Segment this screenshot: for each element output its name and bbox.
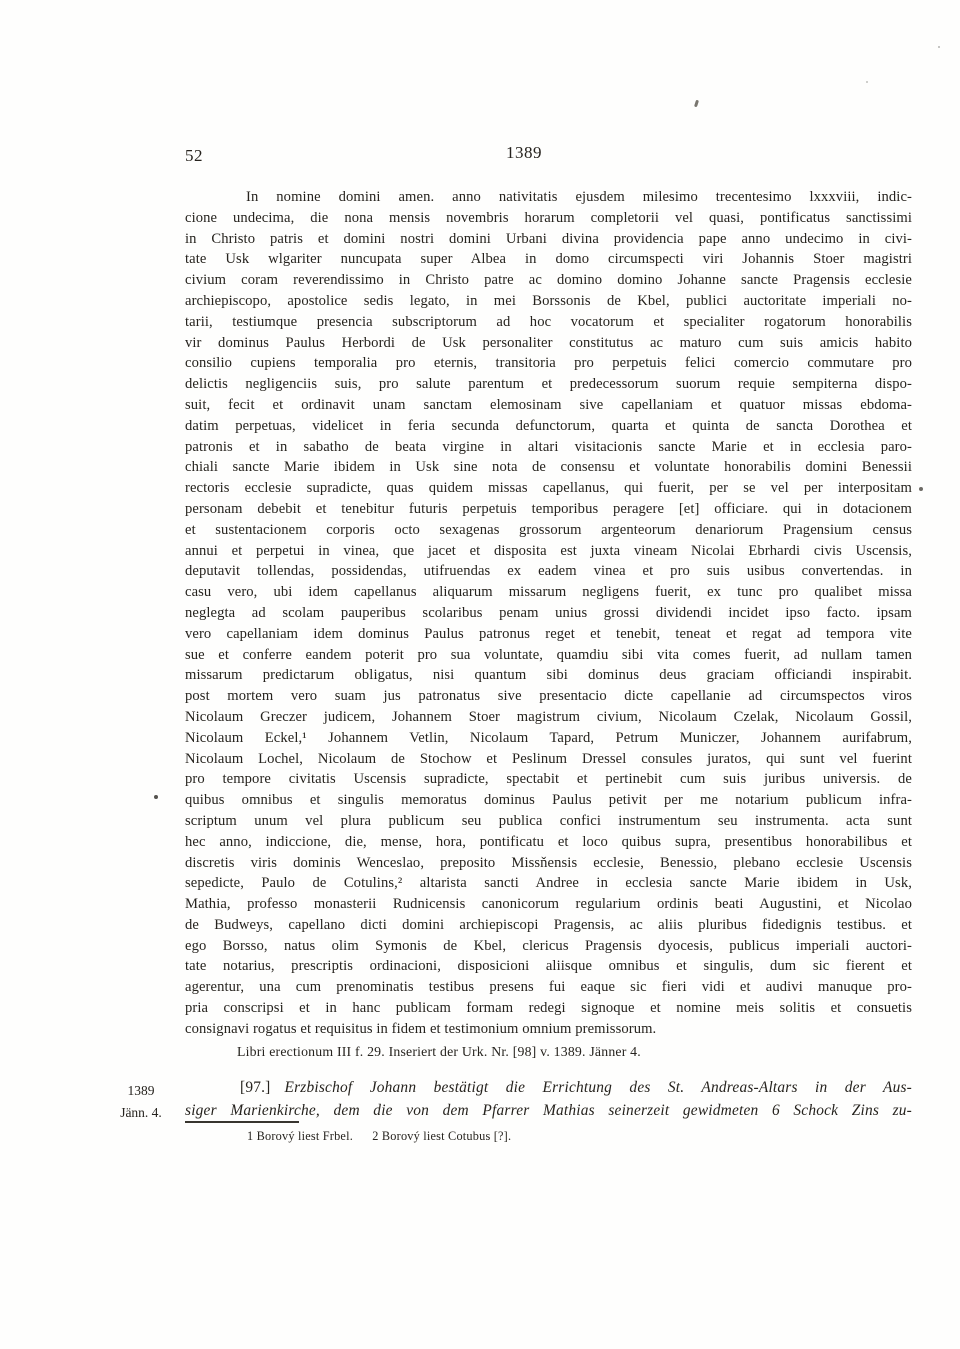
charter-text-line: Nicolaum Lochel, Nicolaum de Stochow et … — [185, 749, 912, 770]
charter-text-line: ego Borsso, natus olim Symonis de Kbel, … — [185, 936, 912, 957]
charter-text-line: missarum predictarum obligatus, nisi qua… — [185, 665, 912, 686]
charter-text-line: sue et conferre eandem poterit pro sua v… — [185, 645, 912, 666]
charter-text-line: delictis negligenciis suis, pro salute p… — [185, 374, 912, 395]
charter-text-line: personam debebit et tenebitur futuris pe… — [185, 499, 912, 520]
charter-text-line: neglegta ad scolam pauperibus scolaribus… — [185, 603, 912, 624]
scan-speck — [938, 46, 940, 48]
charter-text-line: consilio cupiens temporalia pro eternis,… — [185, 353, 912, 374]
charter-text-line: cione undecima, die nona mensis novembri… — [185, 208, 912, 229]
charter-text-line: scriptum unum vel plura publicum seu pub… — [185, 811, 912, 832]
charter-text-line: patronis et in sabatho de beata virgine … — [185, 437, 912, 458]
footnote-1: 1 Borový liest Frbel. — [247, 1129, 353, 1143]
charter-text-line: In nomine domini amen. anno nativitatis … — [185, 187, 912, 208]
charter-text-line: suit, fecit et ordinavit unam sanctam el… — [185, 395, 912, 416]
charter-text-line: consignavi rogatus et requisitus in fide… — [185, 1019, 912, 1040]
scan-speck — [919, 487, 923, 491]
margin-date-note: 1389 Jänn. 4. — [98, 1080, 184, 1123]
charter-text-line: in Christo patris et domini nostri domin… — [185, 229, 912, 250]
margin-day: Jänn. 4. — [98, 1102, 184, 1124]
scan-speck — [154, 795, 158, 799]
charter-text-line: hec anno, indiccione, die, mense, hora, … — [185, 832, 912, 853]
footnote-line: 1 Borový liest Frbel. 2 Borový liest Cot… — [247, 1129, 511, 1144]
running-head-year: 1389 — [506, 143, 542, 163]
page-number: 52 — [185, 146, 203, 166]
scanned-document-page: 52 1389 In nomine domini amen. anno nati… — [0, 0, 960, 1349]
charter-text-line: sepedicte, Paulo de Cotulins,² altarista… — [185, 873, 912, 894]
regest-number: [97.] — [240, 1079, 271, 1096]
charter-text-line: et sustentacionem corporis octo sexagena… — [185, 520, 912, 541]
charter-text-line: chiali sancte Marie ibidem in Usk sine n… — [185, 457, 912, 478]
charter-text-line: casu vero, ubi idem capellanus aliquarum… — [185, 582, 912, 603]
charter-text-line: vero capellaniam idem dominus Paulus pat… — [185, 624, 912, 645]
charter-text-line: pria conscripsi et in hanc publicam form… — [185, 998, 912, 1019]
scan-speck — [694, 100, 699, 108]
charter-text-line: discretis viris dominis Wenceslao, prepo… — [185, 853, 912, 874]
charter-text-line: de Budweys, capellano dicti domini archi… — [185, 915, 912, 936]
source-citation: Libri erectionum III f. 29. Inseriert de… — [237, 1044, 641, 1060]
charter-text-line: archiepiscopo, apostolice sedis legato, … — [185, 291, 912, 312]
charter-text-line: pro tempore civitatis Uscensis supradict… — [185, 769, 912, 790]
charter-text-line: vir dominus Paulus Herbordi de Usk perso… — [185, 333, 912, 354]
charter-text-line: Nicolaum Eckel,¹ Johannem Vetlin, Nicola… — [185, 728, 912, 749]
regest-entry: [97.]Erzbischof Johann bestätigt die Err… — [185, 1077, 912, 1122]
regest-text-line-1: Erzbischof Johann bestätigt die Errichtu… — [285, 1079, 913, 1096]
footnote-divider-rule — [185, 1121, 299, 1123]
charter-text-line: post mortem vero suam jus patronatus siv… — [185, 686, 912, 707]
charter-text-line: tate notarius, prescriptis ordinacioni, … — [185, 956, 912, 977]
footnote-2: 2 Borový liest Cotubus [?]. — [372, 1129, 511, 1143]
charter-text-line: annui et perpetui in vinea, que jacet et… — [185, 541, 912, 562]
charter-text-line: civium coram reverendissimo in Christo p… — [185, 270, 912, 291]
charter-text-line: tate Usk wlgariter nuncupata super Albea… — [185, 249, 912, 270]
margin-year: 1389 — [98, 1080, 184, 1102]
regest-first-line: [97.]Erzbischof Johann bestätigt die Err… — [185, 1077, 912, 1100]
charter-text-line: quibus omnibus et singulis memoratus dom… — [185, 790, 912, 811]
charter-text-line: Mathia, professo monasterii Rudnicensis … — [185, 894, 912, 915]
charter-text-block: In nomine domini amen. anno nativitatis … — [185, 187, 912, 1040]
charter-text-line: deputavit tollendas, possidendas, utifru… — [185, 561, 912, 582]
scan-speck — [866, 81, 868, 83]
charter-text-line: tarii, testiumque presencia subscriptoru… — [185, 312, 912, 333]
charter-text-line: Nicolaum Greczer judicem, Johannem Stoer… — [185, 707, 912, 728]
charter-text-line: datim perpetuas, videlicet in feria secu… — [185, 416, 912, 437]
charter-text-line: rectoris ecclesie supradicte, quas quide… — [185, 478, 912, 499]
charter-text-line: agerentur, una cum prenominatis testibus… — [185, 977, 912, 998]
regest-text-line-2: siger Marienkirche, dem die von dem Pfar… — [185, 1100, 912, 1123]
